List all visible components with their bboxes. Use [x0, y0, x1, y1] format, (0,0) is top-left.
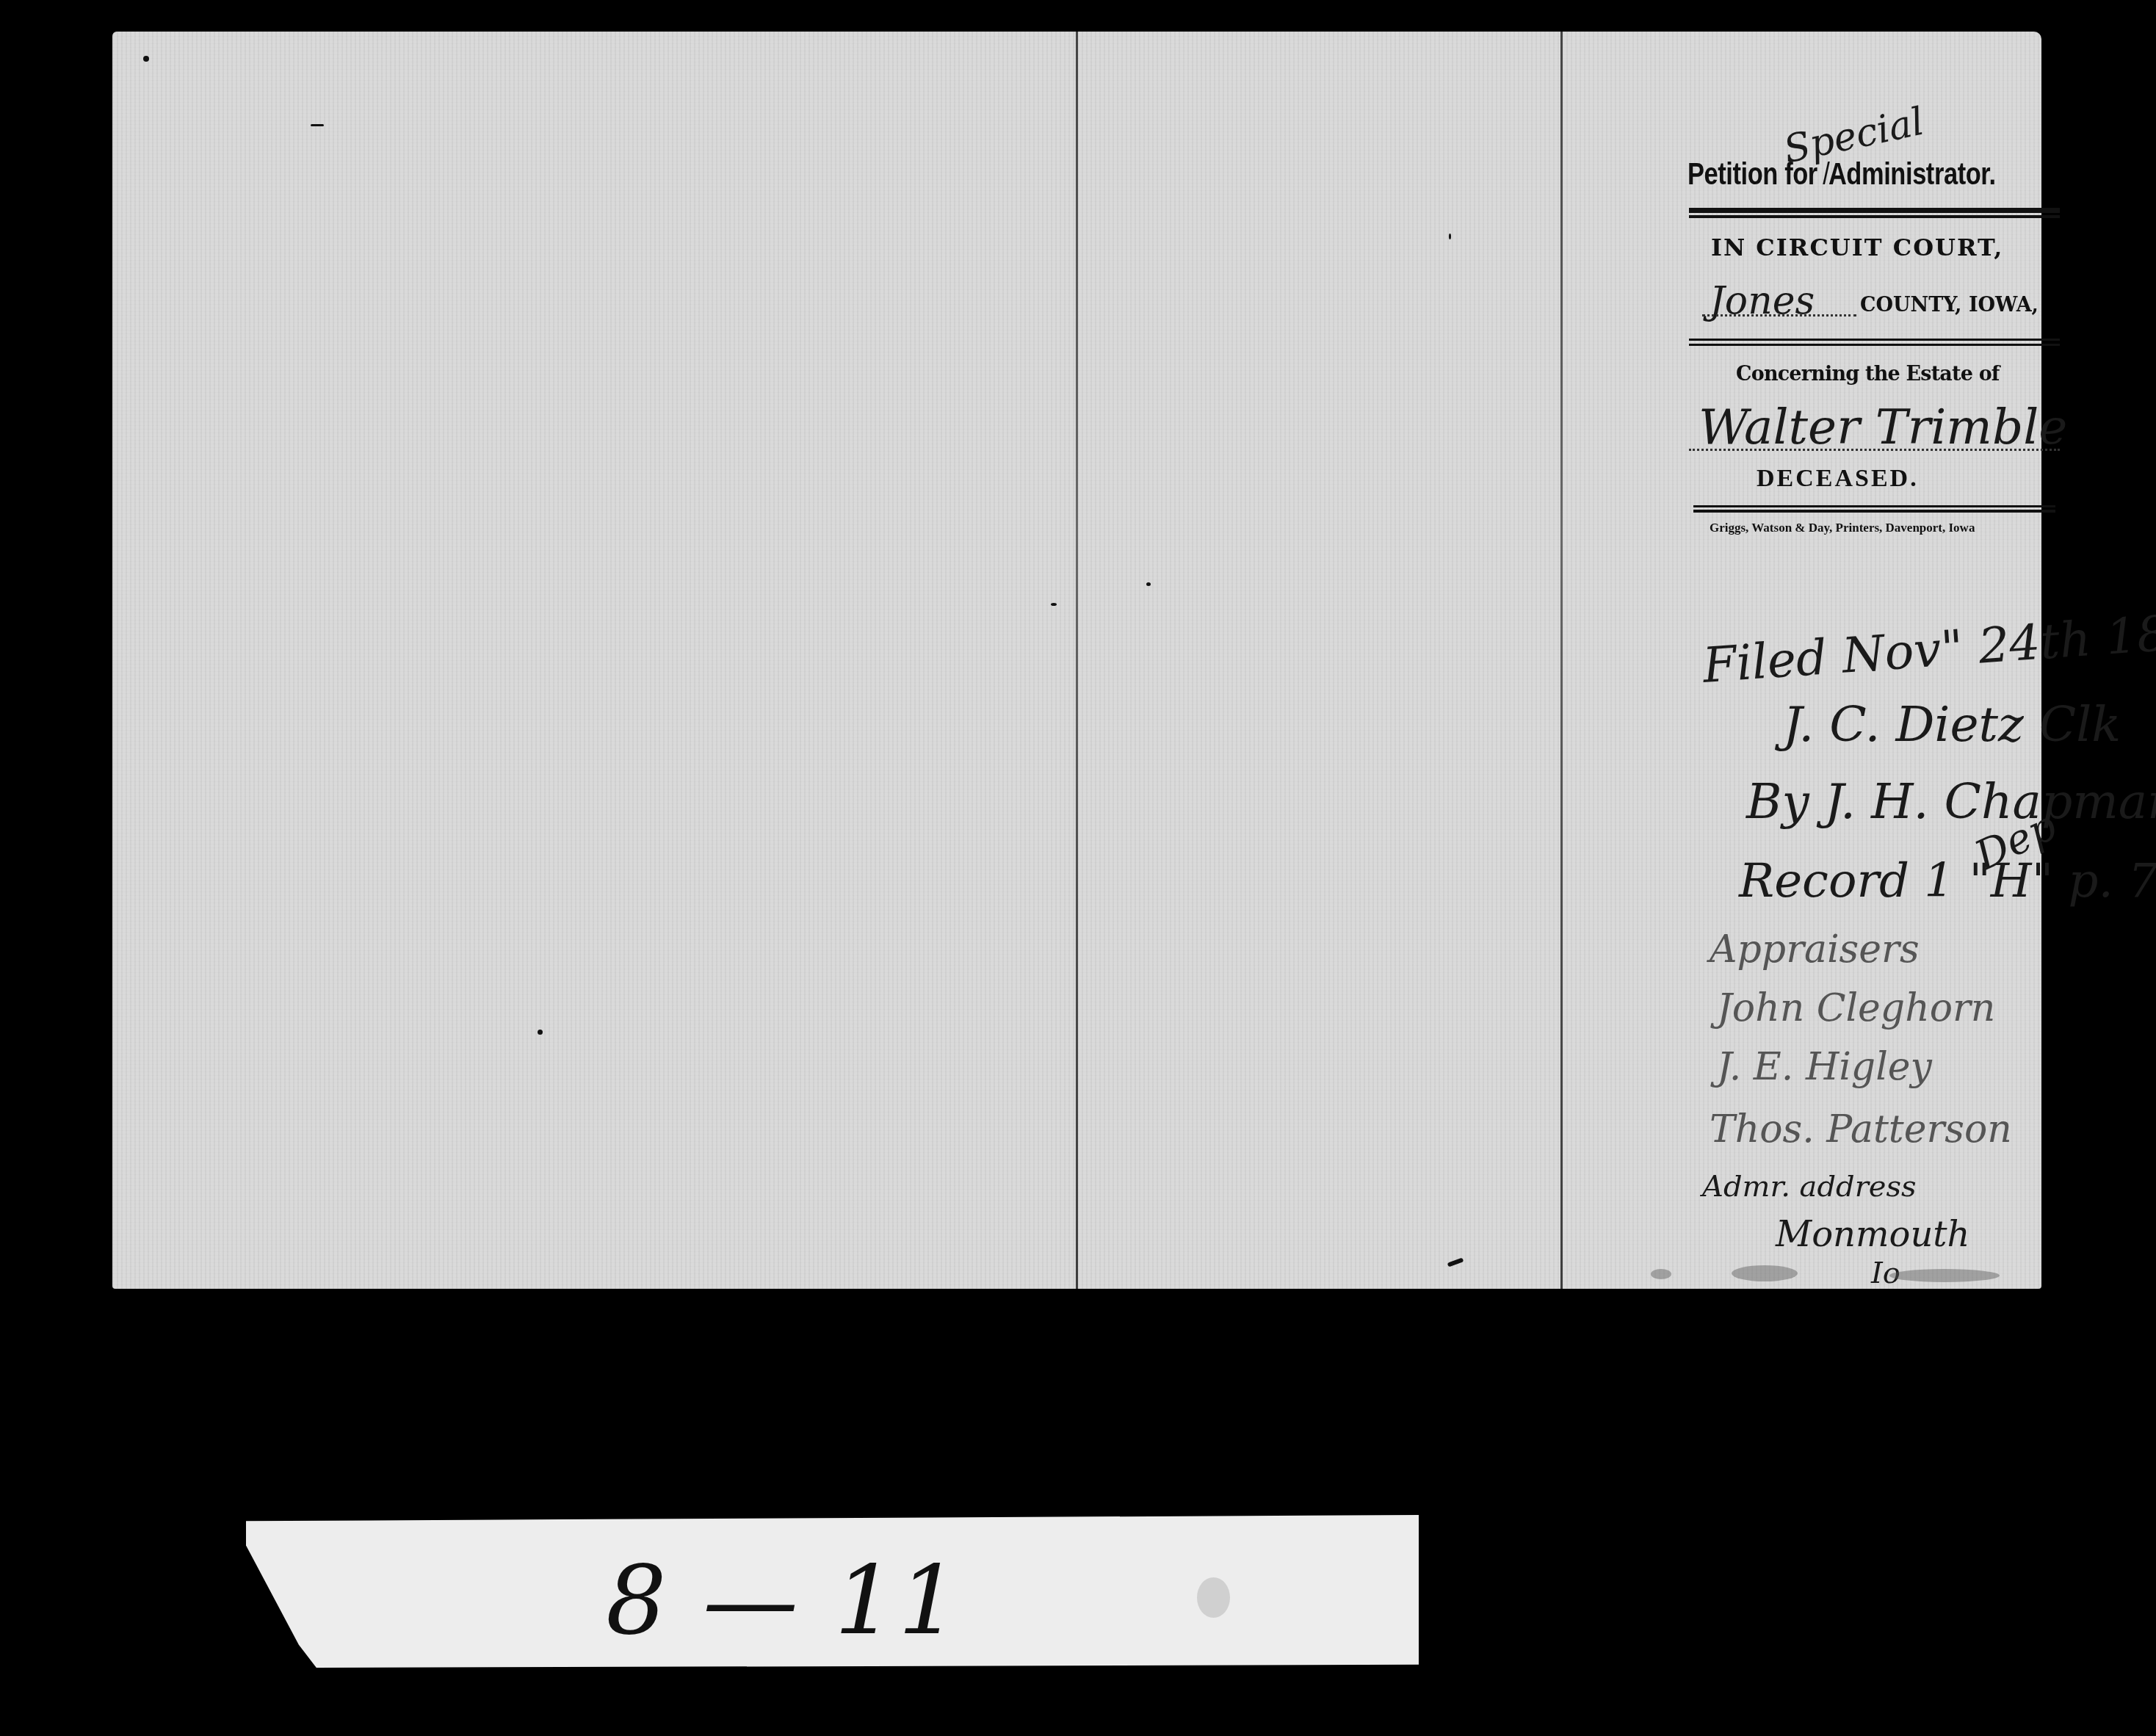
docket-panel: Special Petition for /Administrator. IN …: [1563, 32, 2041, 1289]
archive-label-number: 8 — 11: [606, 1544, 962, 1656]
ink-speck: [1449, 234, 1451, 239]
record-reference: Record 1 "H" p. 73: [1739, 854, 2156, 908]
title-prefix: Petition for: [1687, 156, 1817, 191]
name-fill-line: [1689, 449, 2060, 451]
water-stain: [1889, 1269, 2000, 1282]
deceased-label: DECEASED.: [1757, 465, 1919, 493]
ink-speck: [1051, 603, 1057, 606]
printer-imprint: Griggs, Watson & Day, Printers, Davenpor…: [1710, 521, 1975, 535]
docket-title: Petition for /Administrator.: [1687, 156, 1996, 192]
ink-speck: [1447, 1257, 1464, 1267]
printer-rule: [1693, 505, 2055, 513]
county-fill-line: [1702, 314, 1856, 317]
archive-label-strip: 8 — 11: [246, 1515, 1419, 1668]
title-suffix: Administrator.: [1828, 156, 1996, 191]
appraiser-1: John Cleghorn: [1717, 986, 1995, 1030]
county-line: Jones COUNTY, IOWA,: [1702, 292, 2055, 322]
handwritten-decedent-name: Walter Trimble: [1699, 399, 2067, 455]
deputy-signature: By J. H. Chapman: [1746, 773, 2156, 830]
admr-address-city: Monmouth: [1776, 1214, 1970, 1255]
appraiser-3: Thos. Patterson: [1710, 1107, 2012, 1151]
document-sheet: Special Petition for /Administrator. IN …: [112, 32, 2041, 1289]
ink-speck: [143, 56, 149, 62]
ink-speck: [311, 124, 324, 126]
filed-date: Filed Nov" 24th 1873: [1701, 601, 2156, 694]
county-rule: [1689, 339, 2060, 346]
water-stain: [1732, 1265, 1798, 1281]
county-label: COUNTY, IOWA,: [1860, 294, 2039, 317]
estate-label: Concerning the Estate of: [1736, 363, 2000, 386]
clerk-signature: J. C. Dietz Clk: [1783, 696, 2121, 753]
title-rule: [1689, 208, 2060, 218]
label-smudge: [1197, 1577, 1230, 1618]
handwritten-county: Jones: [1710, 279, 1815, 323]
admr-address-label: Admr. address: [1702, 1170, 1916, 1204]
appraisers-heading: Appraisers: [1710, 927, 1920, 972]
appraiser-2: J. E. Higley: [1717, 1045, 1932, 1089]
water-stain: [1651, 1269, 1671, 1279]
fold-line-left: [1076, 32, 1078, 1289]
ink-speck: [538, 1030, 543, 1035]
court-heading: IN CIRCUIT COURT,: [1711, 234, 2003, 261]
ink-speck: [1146, 582, 1151, 586]
